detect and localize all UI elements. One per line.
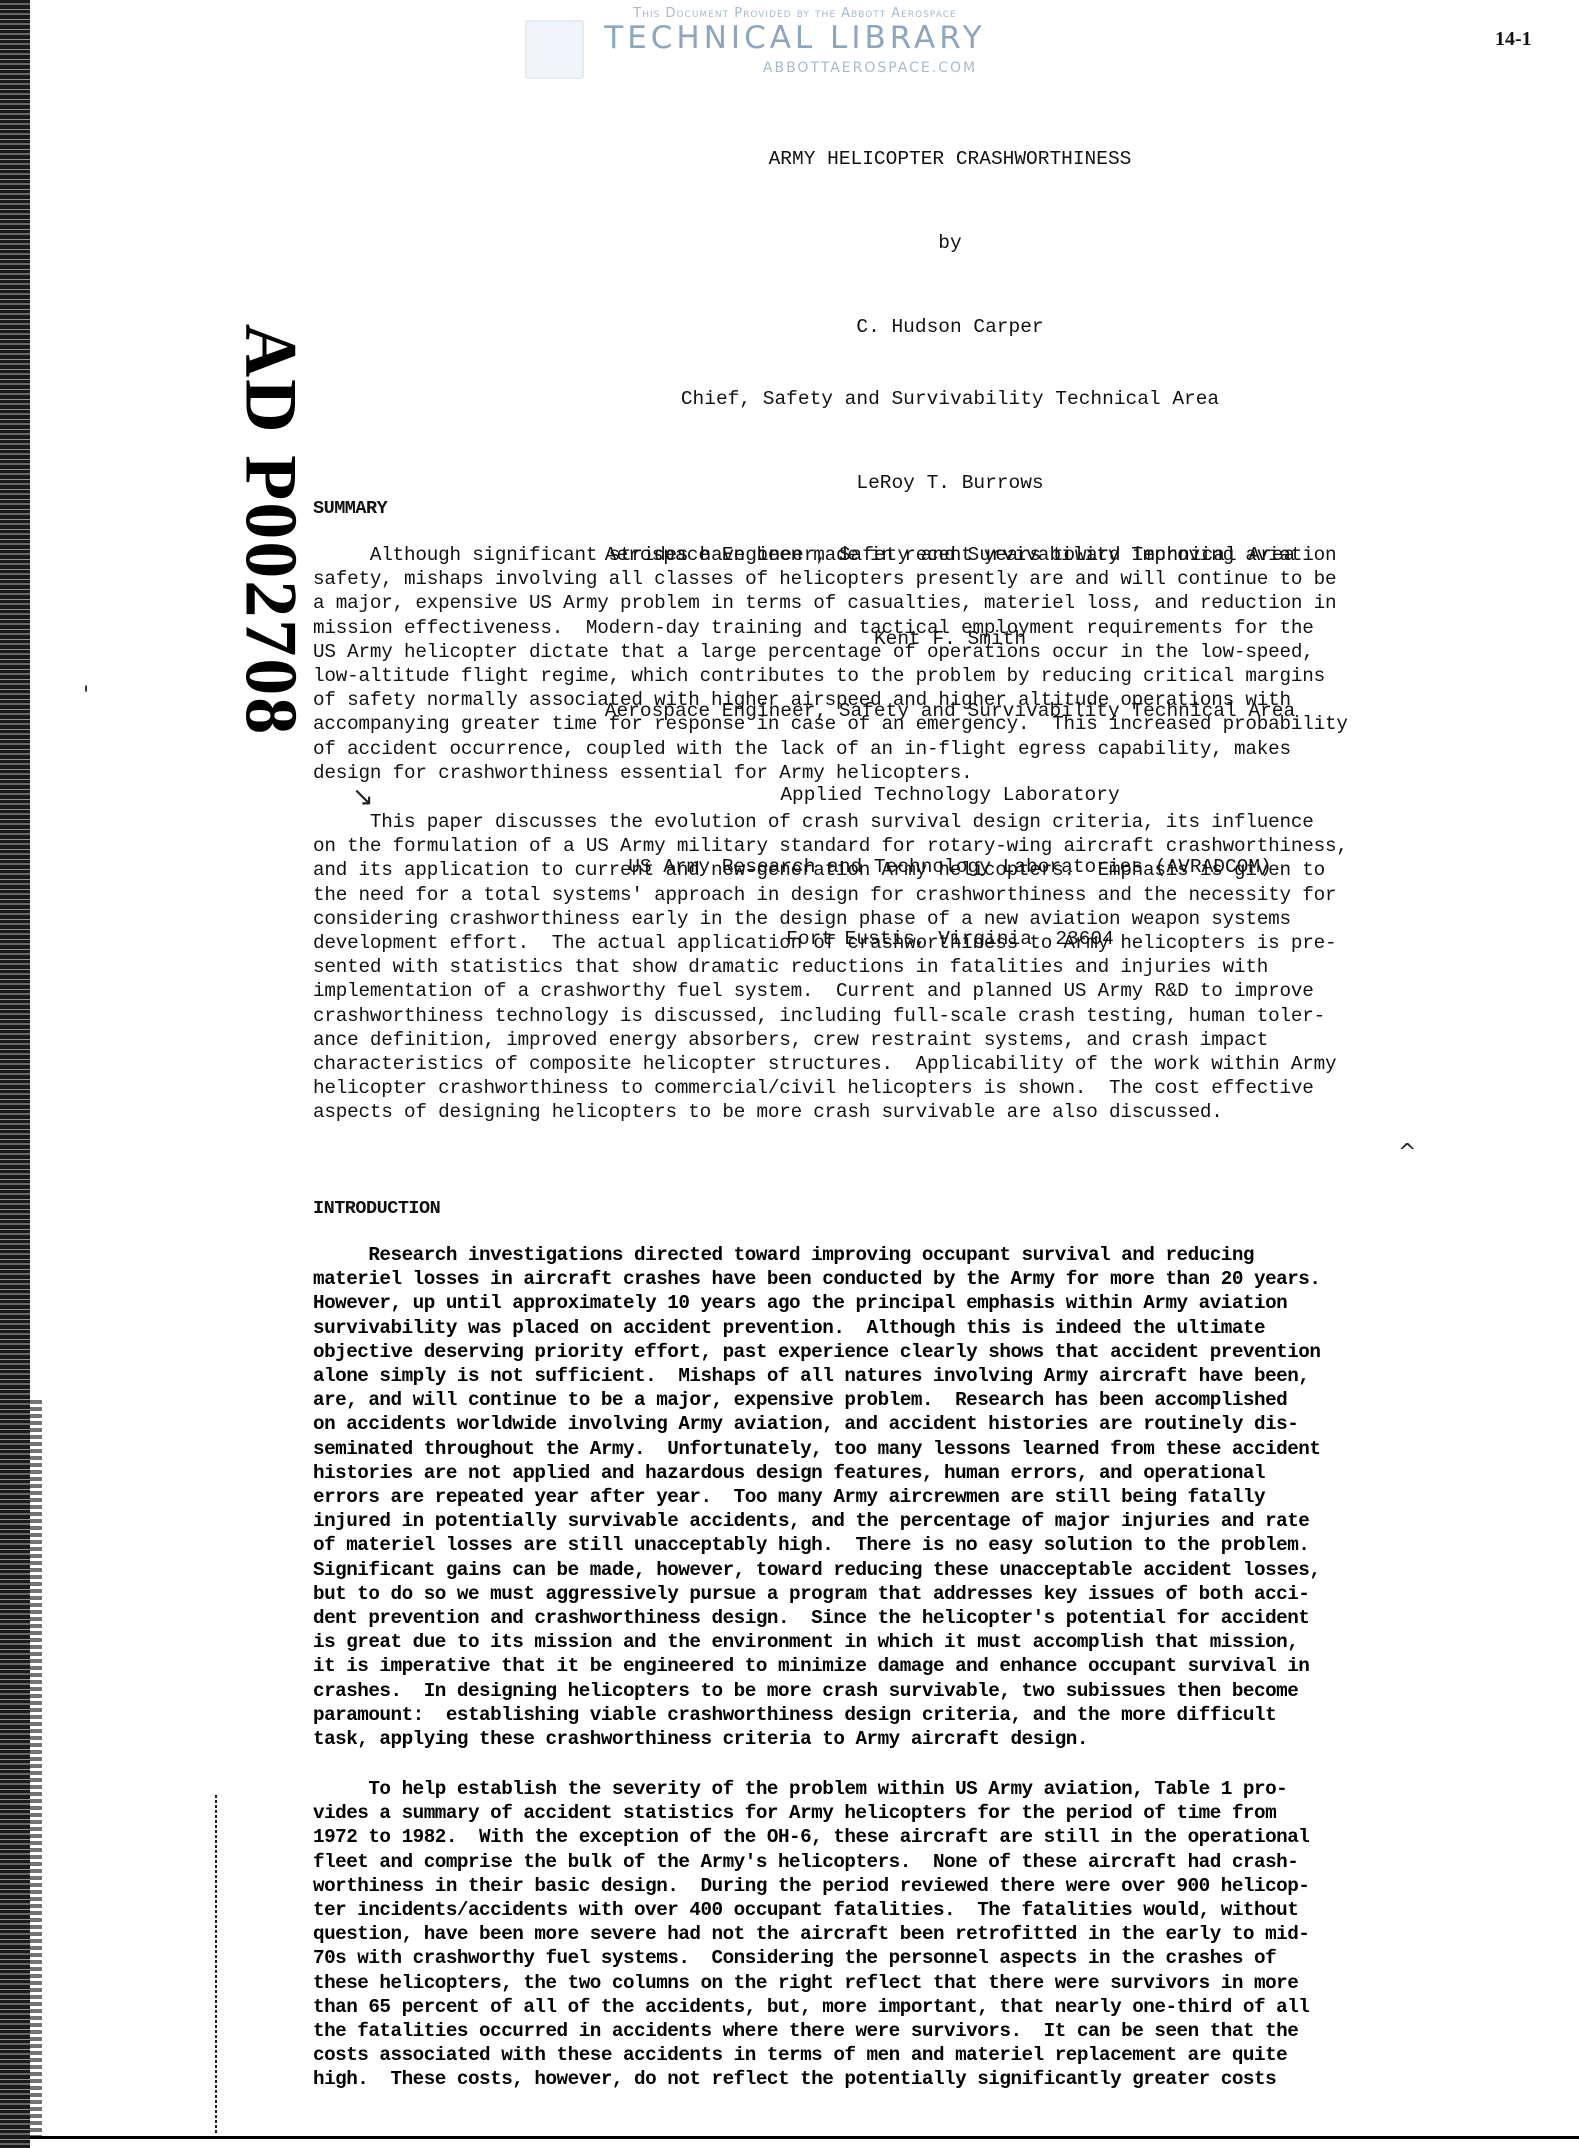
introduction-paragraph-1: Research investigations directed toward … bbox=[313, 1243, 1578, 1751]
introduction-paragraph-2: To help establish the severity of the pr… bbox=[313, 1777, 1578, 2092]
author-name: LeRoy T. Burrows bbox=[500, 471, 1400, 495]
summary-paragraph-1: Although significant strides have been m… bbox=[313, 543, 1578, 785]
introduction-heading: INTRODUCTION bbox=[313, 1198, 440, 1219]
summary-paragraph-2: This paper discusses the evolution of cr… bbox=[313, 810, 1578, 1125]
summary-heading: SUMMARY bbox=[313, 498, 387, 519]
watermark-banner: This Document Provided by the Abbott Aer… bbox=[505, 2, 1085, 82]
handwritten-caret-mark: ^ bbox=[1398, 1140, 1416, 1165]
handwritten-arrow-mark: ↘ bbox=[352, 782, 374, 812]
scan-edge-artifact bbox=[0, 0, 30, 2148]
author-role: Chief, Safety and Survivability Technica… bbox=[500, 387, 1400, 411]
watermark-main: TECHNICAL LIBRARY bbox=[505, 20, 1085, 56]
scan-edge-artifact-lower bbox=[30, 1400, 42, 2140]
author-name: C. Hudson Carper bbox=[500, 315, 1400, 339]
page-bottom-rule bbox=[30, 2136, 1579, 2139]
affiliation-lab: Applied Technology Laboratory bbox=[500, 783, 1400, 807]
paper-title: ARMY HELICOPTER CRASHWORTHINESS bbox=[500, 147, 1400, 171]
accession-number: AD P002708 bbox=[228, 324, 313, 737]
scan-fold-line bbox=[215, 1795, 217, 2135]
watermark-top-line: This Document Provided by the Abbott Aer… bbox=[505, 6, 1085, 21]
by-line: by bbox=[500, 231, 1400, 255]
watermark-url: ABBOTTAEROSPACE.COM bbox=[655, 60, 1085, 76]
margin-tick-mark: ' bbox=[83, 683, 89, 708]
accession-stamp: AD P002708 bbox=[225, 280, 315, 780]
page-number: 14-1 bbox=[1495, 28, 1532, 51]
